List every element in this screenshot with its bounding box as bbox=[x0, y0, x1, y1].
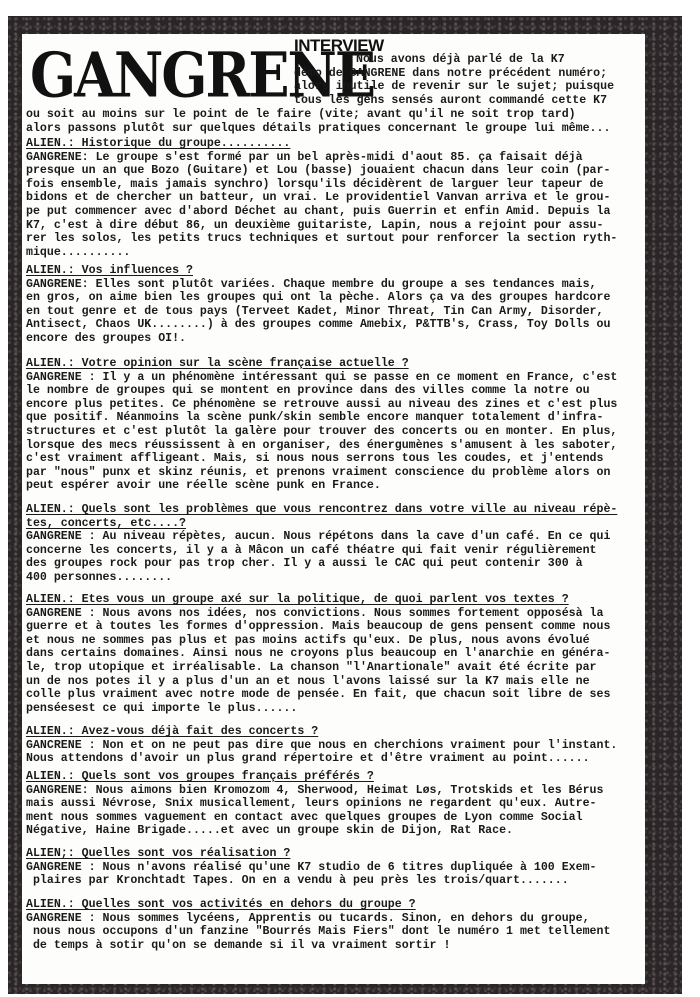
intro-line: alors passons plutôt sur quelques détail… bbox=[26, 122, 610, 136]
answer-line: concerne les concerts, il y a à Mâcon un… bbox=[26, 544, 617, 558]
answer-line: encore plus petites. Ce phénomène se ret… bbox=[26, 398, 617, 412]
answer-line: par "nous" punx et skinz réunis, et pren… bbox=[26, 466, 617, 480]
answer-line: rer les solos, les petits trucs techniqu… bbox=[26, 232, 617, 246]
answer-line: GANCRENE : Non et on ne peut pas dire qu… bbox=[26, 739, 617, 753]
intro-line: démo de GANGRENE dans notre précédent nu… bbox=[294, 67, 614, 81]
answer-line: presque un an que Bozo (Guitare) et Lou … bbox=[26, 164, 617, 178]
answer-line: GANGRENE : Nous sommes lycéens, Apprenti… bbox=[26, 912, 610, 926]
intro-right-block: Nous avons déjà parlé de la K7 démo de G… bbox=[294, 53, 614, 107]
answer-line: fois ensemble, mais jamais synchro) lors… bbox=[26, 178, 617, 192]
answer-line: en gros, on aime bien les groupes qui on… bbox=[26, 291, 610, 305]
answer-line: de temps à sotir qu'on se demande si il … bbox=[26, 939, 610, 953]
question-line: ALIEN.: Historique du groupe.......... bbox=[26, 137, 617, 151]
answer-line: mais aussi Névrose, Snix musicallement, … bbox=[26, 797, 603, 811]
zine-page: GANGRENE INTERVIEW Nous avons déjà parlé… bbox=[22, 34, 645, 984]
answer-line: dans certains domaines. Ainsi nous ne cr… bbox=[26, 647, 610, 661]
answer-line: le nombre de groupes qui se montent en p… bbox=[26, 384, 617, 398]
answer-line: en tout genre et de tous pays (Terveet K… bbox=[26, 305, 610, 319]
answer-line: 400 personnes........ bbox=[26, 571, 617, 585]
answer-line: GANGRENE: Elles sont plutôt variées. Cha… bbox=[26, 278, 610, 292]
intro-line: ou soit au moins sur le point de le fair… bbox=[26, 108, 610, 122]
question-line: ALIEN;: Quelles sont vos réalisation ? bbox=[26, 847, 597, 861]
answer-line: Antisect, Chaos UK........) à des groupe… bbox=[26, 318, 610, 332]
answer-line: structures et c'est plutôt la galère pou… bbox=[26, 425, 617, 439]
answer-line: GANGRENE: Le groupe s'est formé par un b… bbox=[26, 151, 617, 165]
question-line: tes, concerts, etc....? bbox=[26, 517, 617, 531]
question-line: ALIEN.: Vos influences ? bbox=[26, 264, 610, 278]
intro-line: Nous avons déjà parlé de la K7 bbox=[294, 53, 614, 67]
answer-line: peut espérer avoir une réelle scène punk… bbox=[26, 479, 617, 493]
answer-line: GANGRENE: Nous aimons bien Kromozom 4, S… bbox=[26, 784, 603, 798]
answer-line: lorsque des mecs réussissent à en organi… bbox=[26, 439, 617, 453]
question-line: ALIEN.: Quelles sont vos activités en de… bbox=[26, 898, 610, 912]
answer-line: GANGRENE : Au niveau répètes, aucun. Nou… bbox=[26, 530, 617, 544]
intro-line: alors inutile de revenir sur le sujet; p… bbox=[294, 80, 614, 94]
answer-line: le, trop utopique et irréalisable. La ch… bbox=[26, 661, 610, 675]
answer-line: et nous ne sommes pas plus et pas moins … bbox=[26, 634, 610, 648]
answer-line: nous nous occupons d'un fanzine "Bourrés… bbox=[26, 925, 610, 939]
question-line: ALIEN.: Quels sont vos groupes français … bbox=[26, 770, 603, 784]
qa-block: ALIEN.: Vos influences ?GANGRENE: Elles … bbox=[26, 264, 610, 346]
answer-line: colle plus vraiment avec notre mode de p… bbox=[26, 688, 610, 702]
answer-line: K7, c'est à dire début 86, un deuxième g… bbox=[26, 219, 617, 233]
answer-line: plaires par Kronchtadt Tapes. On en a ve… bbox=[26, 874, 597, 888]
answer-line: mique.......... bbox=[26, 246, 617, 260]
intro-bottom-block: ou soit au moins sur le point de le fair… bbox=[26, 108, 610, 135]
answer-line: un de nos potes il y a plus d'un an et n… bbox=[26, 675, 610, 689]
answer-line: Négative, Haine Brigade.....et avec un g… bbox=[26, 824, 603, 838]
answer-line: pe put commencer avec d'abord Déchet au … bbox=[26, 205, 617, 219]
answer-line: GANGRENE : Nous avons nos idées, nos con… bbox=[26, 607, 610, 621]
answer-line: GANGRENE : Il y a un phénomène intéressa… bbox=[26, 371, 617, 385]
answer-line: bidons et de chercher un batteur, un vra… bbox=[26, 191, 617, 205]
qa-block: ALIEN.: Quelles sont vos activités en de… bbox=[26, 898, 610, 952]
question-line: ALIEN.: Etes vous un groupe axé sur la p… bbox=[26, 593, 610, 607]
answer-line: des groupes rock pour pas trop cher. Il … bbox=[26, 557, 617, 571]
qa-block: ALIEN.: Etes vous un groupe axé sur la p… bbox=[26, 593, 610, 715]
qa-block: ALIEN;: Quelles sont vos réalisation ?GA… bbox=[26, 847, 597, 888]
answer-line: que positif. Néanmoins la scène punk/ski… bbox=[26, 411, 617, 425]
qa-block: ALIEN.: Quels sont vos groupes français … bbox=[26, 770, 603, 838]
answer-line: penséesest ce qui importe le plus...... bbox=[26, 702, 610, 716]
question-line: ALIEN.: Votre opinion sur la scène franç… bbox=[26, 357, 617, 371]
answer-line: Nous attendons d'avoir un plus grand rép… bbox=[26, 752, 617, 766]
answer-line: ment nous sommes vaguement en contact av… bbox=[26, 811, 603, 825]
answer-line: GANGRENE : Nous n'avons réalisé qu'une K… bbox=[26, 861, 597, 875]
intro-line: tous les gens sensés auront commandé cet… bbox=[294, 94, 614, 108]
question-line: ALIEN.: Avez-vous déjà fait des concerts… bbox=[26, 725, 617, 739]
answer-line: guerre et à toutes les formes d'oppressi… bbox=[26, 620, 610, 634]
qa-block: ALIEN.: Avez-vous déjà fait des concerts… bbox=[26, 725, 617, 766]
qa-block: ALIEN.: Quels sont les problèmes que vou… bbox=[26, 503, 617, 585]
question-line: ALIEN.: Quels sont les problèmes que vou… bbox=[26, 503, 617, 517]
qa-block: ALIEN.: Historique du groupe..........GA… bbox=[26, 137, 617, 259]
answer-line: c'est vraiment affligeant. Mais, si nous… bbox=[26, 452, 617, 466]
answer-line: encore des groupes OI!. bbox=[26, 332, 610, 346]
qa-block: ALIEN.: Votre opinion sur la scène franç… bbox=[26, 357, 617, 493]
